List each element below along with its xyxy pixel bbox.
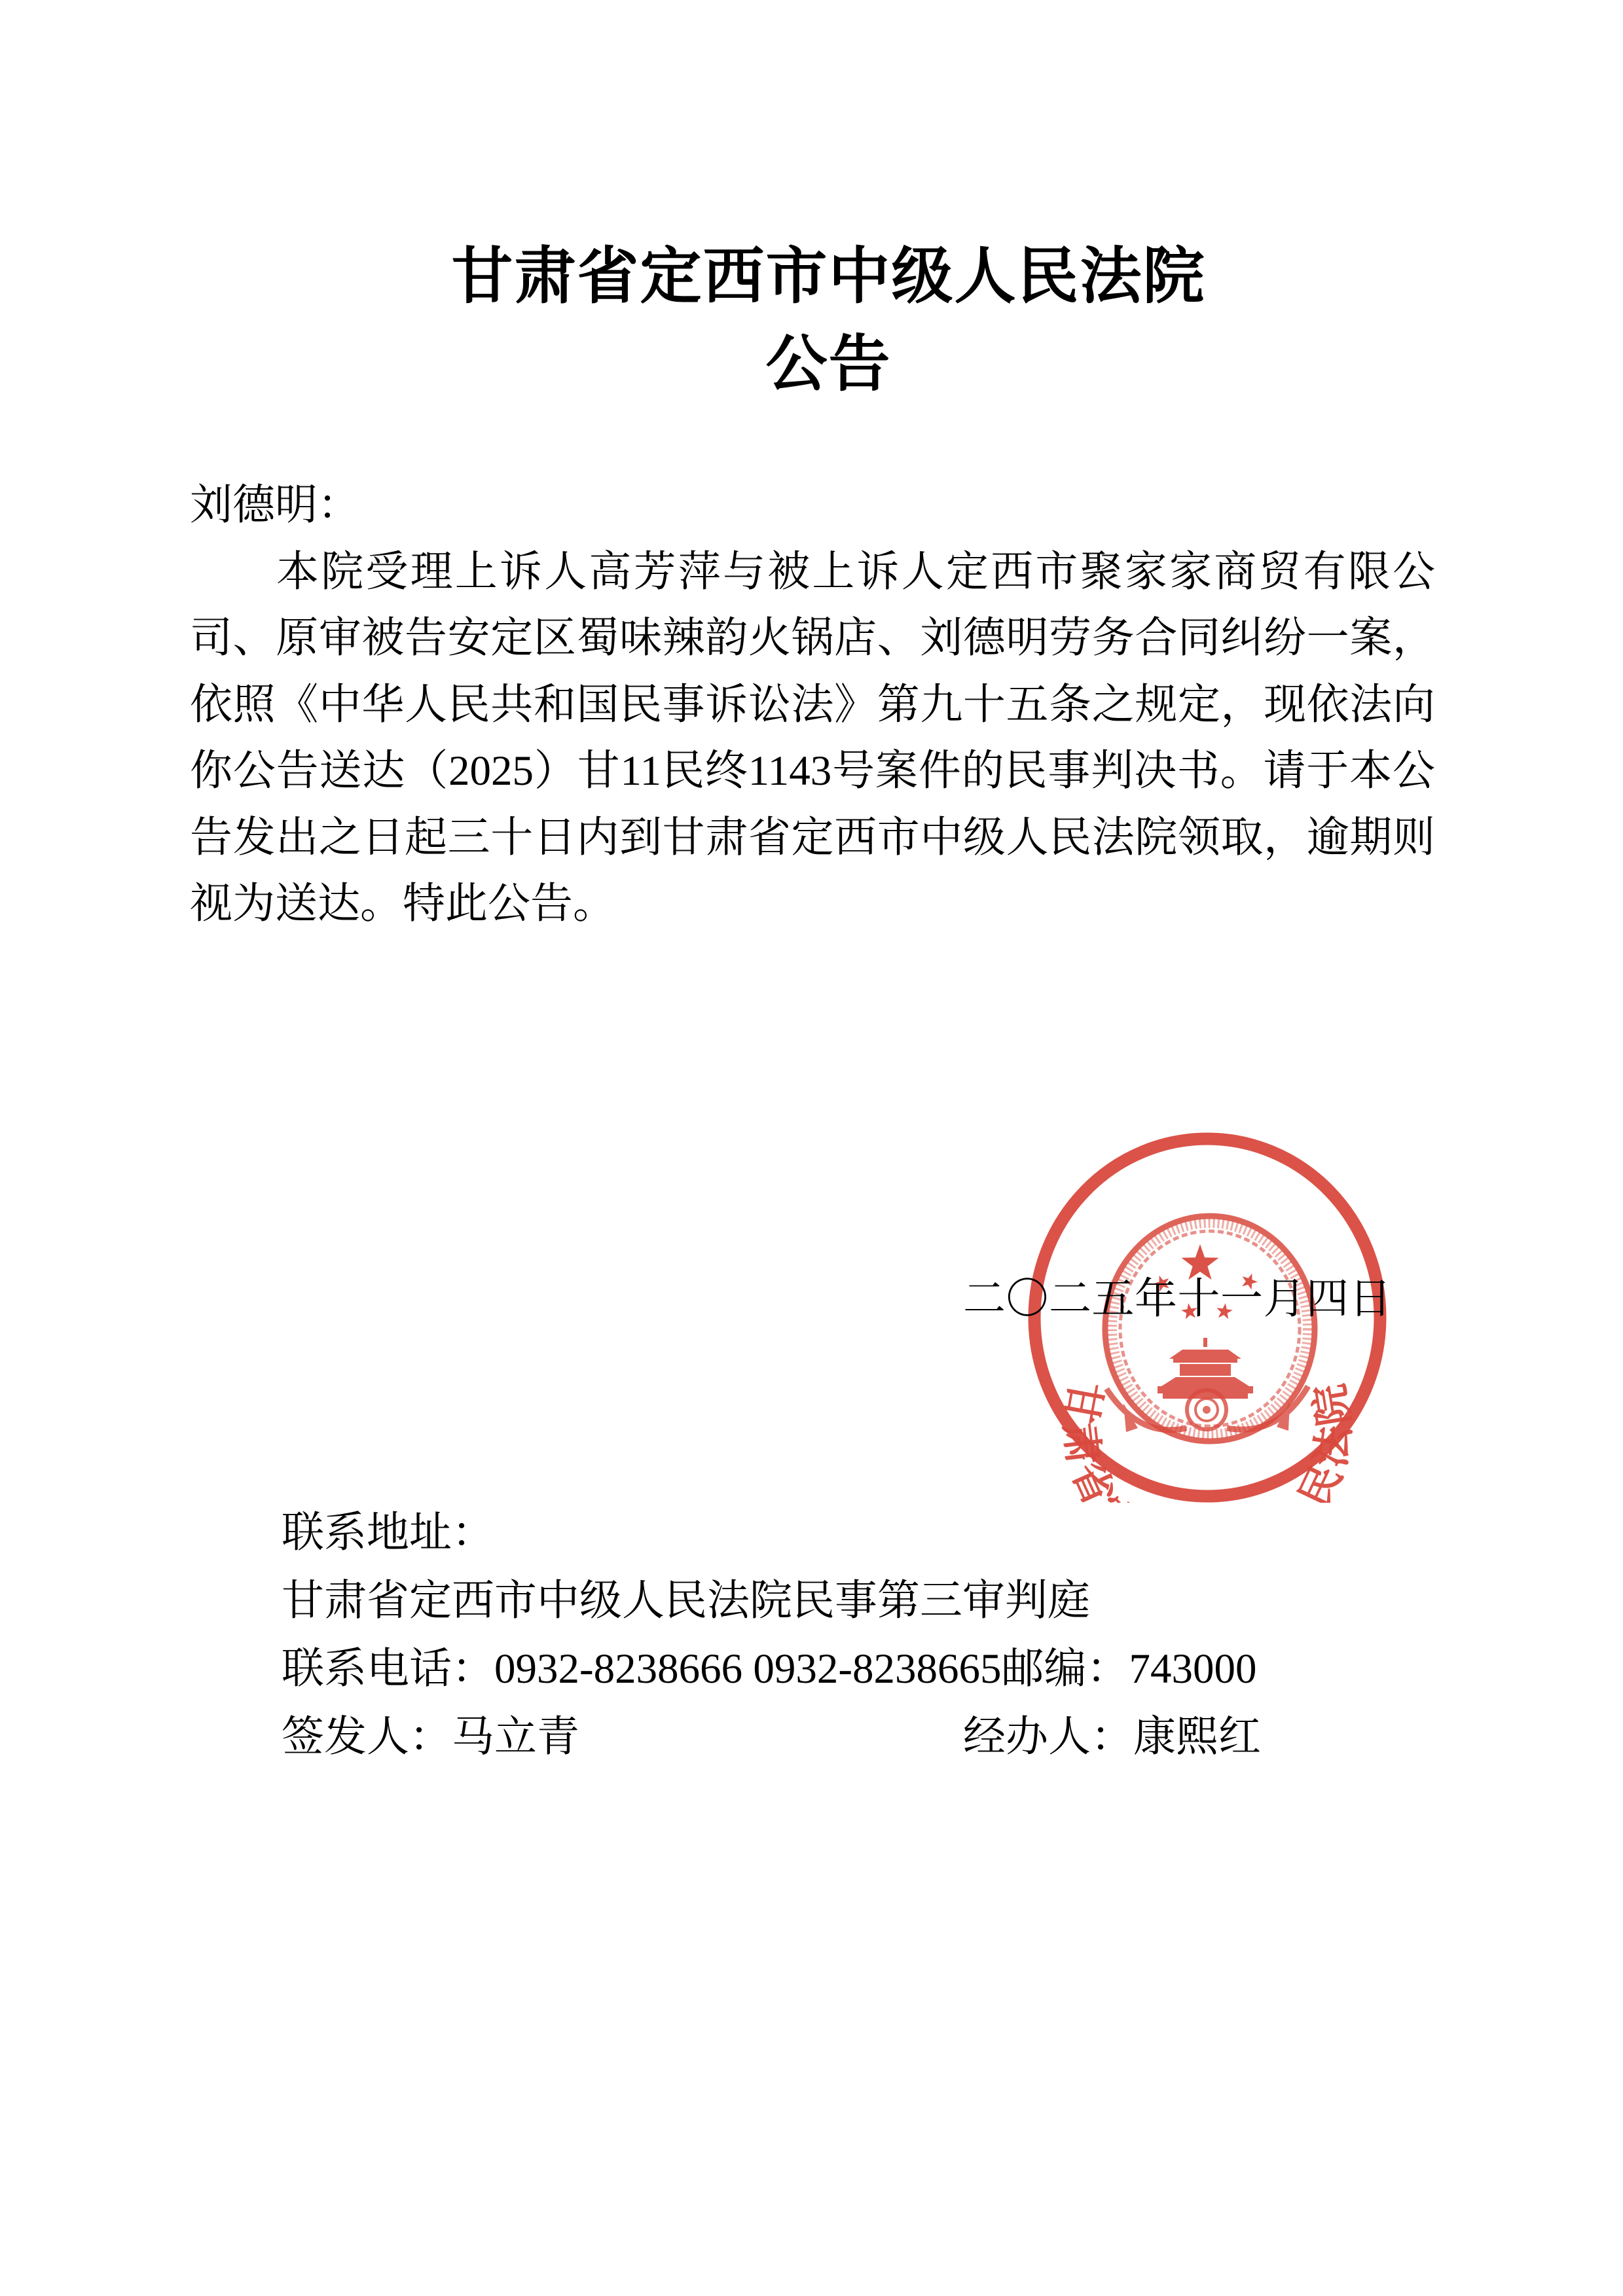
body-line: 本院受理上诉人高芳萍与被上诉人定西市聚家家商贸有限公 [190, 539, 1435, 606]
contact-phone-postcode: 联系电话：0932-8238666 0932-8238665邮编：743000 [282, 1635, 1460, 1703]
contact-address: 甘肃省定西市中级人民法院民事第三审判庭 [282, 1567, 1460, 1635]
seal-emblem [1105, 1216, 1315, 1441]
announcement-title: 公告 [34, 321, 1623, 408]
recipient-salutation: 刘德明： [190, 473, 1435, 539]
body-line: 司、原审被告安定区蜀味辣韵火锅店、刘德明劳务合同纠纷一案， [190, 605, 1435, 672]
body-line: 你公告送达（2025）甘11民终1143号案件的民事判决书。请于本公 [190, 738, 1435, 805]
issuer-name: 签发人：马立青 [282, 1713, 579, 1761]
contact-address-label: 联系地址： [282, 1499, 1460, 1567]
title-block: 甘肃省定西市中级人民法院 公告 [0, 233, 1623, 408]
issue-date: 二〇二五年十一月四日 [963, 1278, 1392, 1321]
body-text: 刘德明： 本院受理上诉人高芳萍与被上诉人定西市聚家家商贸有限公 司、原审被告安定… [190, 473, 1435, 938]
handler-name: 经办人：康熙红 [963, 1703, 1261, 1771]
court-name-title: 甘肃省定西市中级人民法院 [34, 233, 1623, 321]
body-line: 依照《中华人民共和国民事诉讼法》第九十五条之规定，现依法向 [190, 672, 1435, 739]
contact-block: 联系地址： 甘肃省定西市中级人民法院民事第三审判庭 联系电话：0932-8238… [282, 1499, 1460, 1771]
signature-line: 签发人：马立青 经办人：康熙红 [282, 1703, 1460, 1771]
body-line: 视为送达。特此公告。 [190, 871, 1435, 938]
body-line: 告发出之日起三十日内到甘肃省定西市中级人民法院领取，逾期则 [190, 805, 1435, 872]
announcement-page: 甘肃省定西市中级人民法院 公告 刘德明： 本院受理上诉人高芳萍与被上诉人定西市聚… [0, 0, 1623, 2296]
